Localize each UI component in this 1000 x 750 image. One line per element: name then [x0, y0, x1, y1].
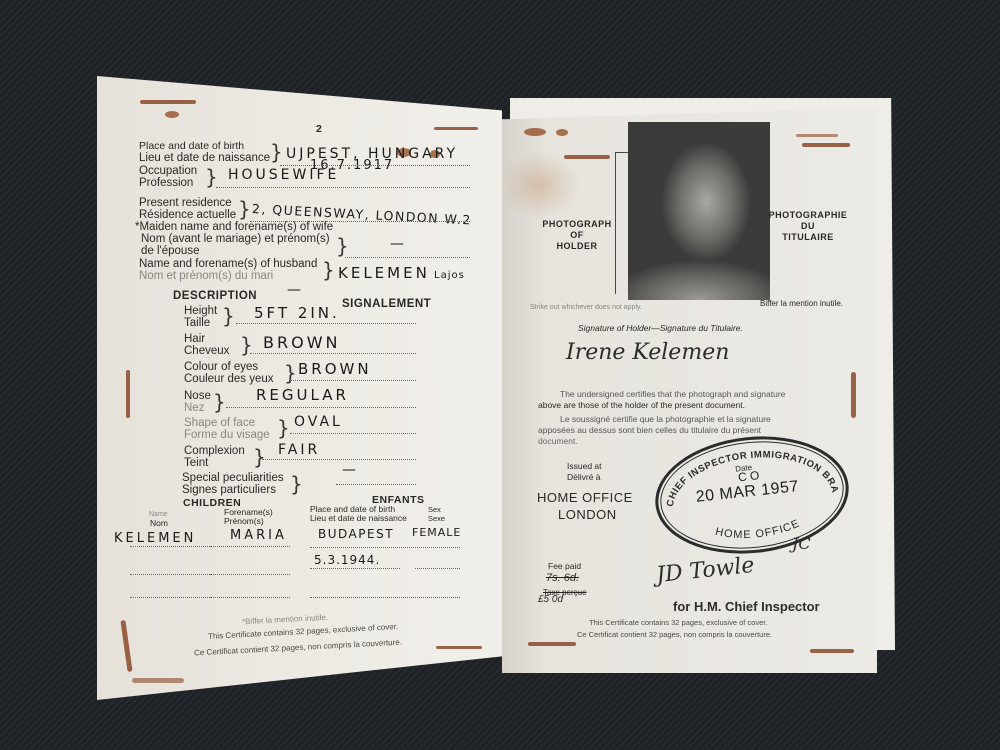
label-en: Special peculiarities [182, 472, 284, 484]
rust-stain [524, 128, 546, 136]
dotted-line [216, 186, 470, 188]
value: — [342, 462, 359, 478]
holder-signature: Irene Kelemen [566, 340, 729, 365]
photo-label-fr-line: PHOTOGRAPHIE [768, 210, 848, 221]
rust-staple-mark [802, 143, 850, 147]
value: 5FT 2IN. [254, 304, 340, 322]
label-en: Height [184, 305, 217, 317]
description-dash: — [287, 282, 304, 298]
issued-place-2: LONDON [558, 507, 617, 522]
dotted-line [130, 596, 220, 598]
rust-staple-mark [434, 127, 478, 130]
rust-staple-mark [436, 646, 482, 649]
dotted-line [290, 432, 416, 434]
dotted-line [130, 573, 220, 575]
fee-label: Fee paid [548, 560, 581, 572]
svg-text:HOME OFFICE: HOME OFFICE [713, 517, 803, 545]
right-footer-pages-fr: Ce Certificat contient 32 pages, non com… [577, 629, 772, 641]
photo-frame-line [615, 152, 629, 153]
col-sex-fr: Sexe [428, 514, 445, 523]
label-en: Nose [184, 390, 211, 402]
value: FAIR [278, 442, 320, 458]
right-footer-pages-en: This Certificate contains 32 pages, excl… [589, 617, 767, 629]
label-occupation-en: Occupation [139, 165, 197, 177]
label-maiden-en: *Maiden name and forename(s) of wife [135, 221, 333, 233]
value-husband-forename: Lajos [434, 270, 465, 281]
holder-photograph [628, 122, 770, 300]
signature-label: Signature of Holder—Signature du Titulai… [578, 322, 743, 334]
label-fr: Taille [184, 317, 210, 329]
label-en: Hair [184, 333, 205, 345]
brace: } [253, 447, 266, 467]
dotted-line [262, 458, 416, 460]
issued-label-fr: Délivré à [567, 472, 601, 482]
rust-stain [796, 134, 838, 137]
official-title: for H.M. Chief Inspector [673, 601, 820, 613]
dotted-line [336, 483, 416, 485]
photo-label-fr-line: DU [768, 221, 848, 232]
brace: } [290, 474, 303, 494]
photo-label-fr: PHOTOGRAPHIE DU TITULAIRE [768, 210, 848, 243]
value: OVAL [294, 414, 343, 430]
child-birthplace: BUDAPEST [318, 527, 394, 541]
dotted-line [226, 406, 416, 408]
dotted-line [130, 545, 220, 547]
description-heading-fr: SIGNALEMENT [342, 298, 431, 310]
official-initials: JC [792, 534, 811, 553]
value: REGULAR [256, 386, 349, 404]
photo-label-en-line: PHOTOGRAPH [540, 219, 614, 230]
label-birth-fr: Lieu et date de naissance [139, 152, 270, 164]
dotted-line [345, 256, 470, 258]
photo-label-en-line: HOLDER [540, 241, 614, 252]
rust-staple-mark [140, 100, 196, 104]
rust-staple-mark [810, 649, 854, 653]
label-fr: Nez [184, 402, 204, 414]
rust-staple-mark [126, 370, 130, 418]
label-en: Complexion [184, 445, 245, 457]
label-en: Shape of face [184, 417, 255, 429]
photo-label-en-line: OF [540, 230, 614, 241]
rust-stain [556, 129, 568, 136]
dotted-line [210, 545, 290, 547]
water-stain [500, 150, 580, 220]
child-birthdate: 5.3.1944. [314, 553, 380, 567]
value-occupation: HOUSEWIFE [228, 167, 339, 183]
dotted-line [250, 352, 416, 354]
value: BROWN [263, 333, 340, 352]
brace: } [238, 199, 251, 219]
dotted-line [236, 322, 416, 324]
dotted-line [310, 546, 460, 548]
brace: } [213, 392, 226, 412]
label-fr: Cheveux [184, 345, 229, 357]
strike-note-fr: Biffer la mention inutile. [760, 298, 843, 310]
issued-place-1: HOME OFFICE [537, 490, 633, 505]
brace: } [322, 260, 335, 280]
col-sex-en: Sex [428, 505, 441, 514]
page-number: 2 [316, 123, 322, 135]
label-residence-fr: Résidence actuelle [139, 209, 236, 221]
strike-note-en: Strike out whichever does not apply. [530, 302, 642, 314]
certify-fr-3: document. [538, 435, 578, 447]
photo-frame-line [615, 152, 616, 294]
stamp-date-code: C O [737, 469, 759, 483]
label-husband-en: Name and forename(s) of husband [139, 258, 317, 270]
label-residence-en: Present residence [139, 197, 232, 209]
rust-stain [132, 678, 184, 683]
photo-label-fr-line: TITULAIRE [768, 232, 848, 243]
photo-label-en: PHOTOGRAPH OF HOLDER [540, 219, 614, 252]
col-name-fr: Nom [150, 517, 168, 529]
rust-staple-mark [851, 372, 856, 418]
immigration-stamp: H.M. CHIEF INSPECTOR IMMIGRATION BRANCH … [649, 427, 854, 563]
child-forename: MARIA [230, 528, 287, 543]
dotted-line [310, 596, 460, 598]
value-husband-surname: KELEMEN [338, 264, 430, 282]
child-sex: FEMALE [412, 526, 461, 539]
label-fr: Forme du visage [184, 429, 270, 441]
dotted-line [415, 567, 460, 569]
rust-stain [165, 111, 179, 118]
dotted-line [310, 567, 400, 569]
label-maiden-fr: Nom (avant le mariage) et prénom(s) [141, 233, 330, 245]
issued-label-en: Issued at [567, 461, 602, 471]
label-birth-en: Place and date of birth [139, 140, 244, 152]
label-fr: Couleur des yeux [184, 373, 274, 385]
rust-staple-mark [564, 155, 610, 159]
value: BROWN [298, 360, 372, 378]
brace: } [277, 418, 290, 438]
stamp-ring-bottom: HOME OFFICE [713, 517, 803, 545]
col-birth-fr: Lieu et date de naissance [310, 514, 407, 523]
fee-value: £5 0d [538, 594, 563, 606]
label-fr: Teint [184, 457, 208, 469]
label-en: Colour of eyes [184, 361, 258, 373]
label-husband-fr: Nom et prénom(s) du mari [139, 270, 273, 282]
dotted-line [210, 596, 290, 598]
label-occupation-fr: Profession [139, 177, 193, 189]
description-heading-en: DESCRIPTION [173, 290, 257, 302]
label-fr: Signes particuliers [182, 484, 276, 496]
fee-struck: 7s. 6d. [546, 572, 579, 584]
brace: } [205, 167, 218, 187]
dotted-line [210, 573, 290, 575]
certify-en-2: above are those of the holder of the pre… [538, 399, 745, 411]
brace: } [336, 236, 349, 256]
dotted-line [280, 164, 470, 166]
brace: } [222, 306, 235, 326]
dotted-line [290, 379, 416, 381]
child-name: KELEMEN [114, 531, 196, 546]
rust-staple-mark [528, 642, 576, 646]
col-forename-fr: Prénom(s) [224, 517, 264, 526]
value-maiden: — [390, 236, 407, 252]
brace: } [270, 142, 283, 162]
label-maiden-fr2: de l'épouse [141, 245, 199, 257]
